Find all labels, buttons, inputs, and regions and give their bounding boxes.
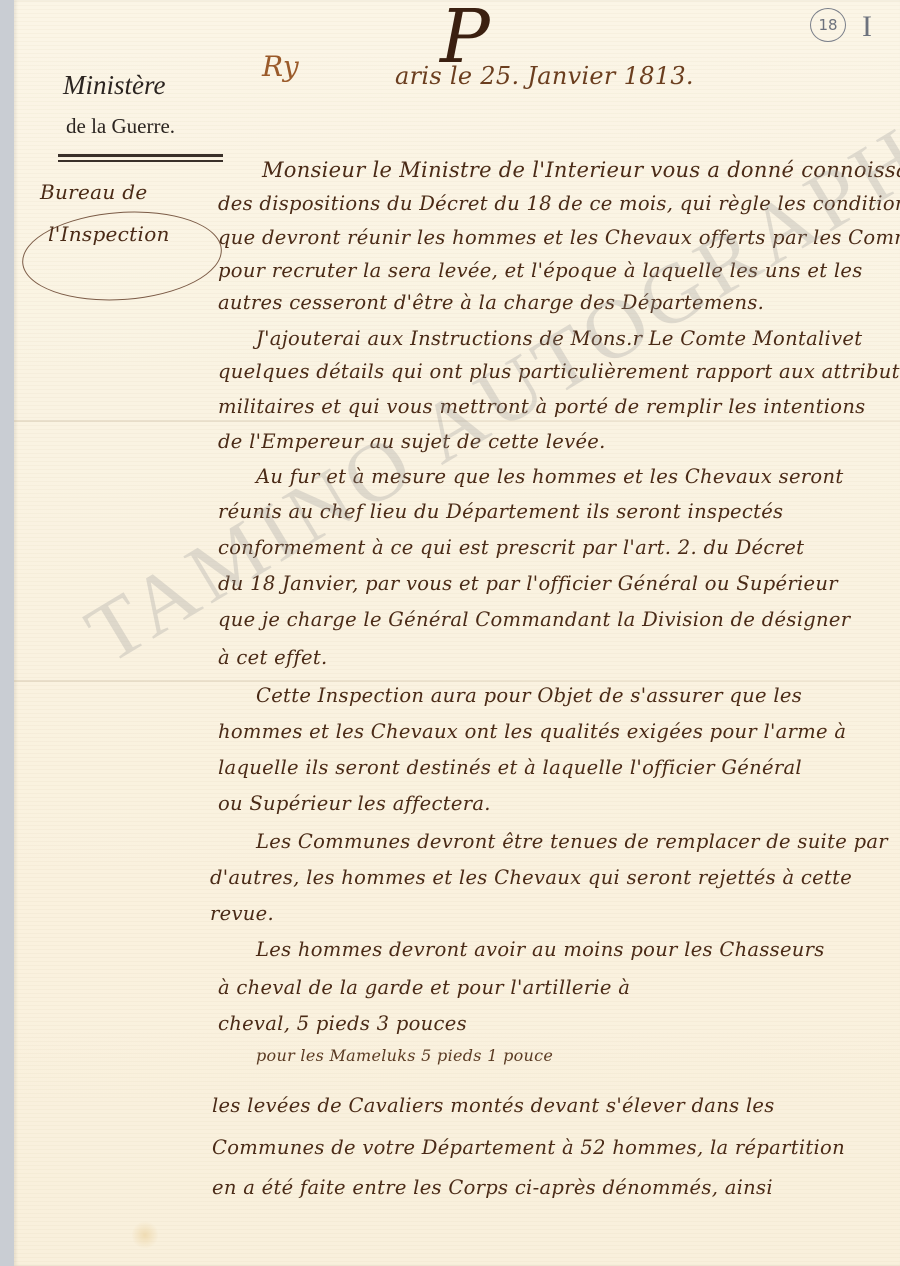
archive-circled-number: 18: [810, 8, 846, 42]
letterhead-ministry-line2: de la Guerre.: [66, 114, 175, 139]
body-line: réunis au chef lieu du Département ils s…: [218, 500, 783, 523]
body-line: quelques détails qui ont plus particuliè…: [218, 360, 900, 383]
body-line: en a été faite entre les Corps ci-après …: [212, 1176, 773, 1199]
body-line: Communes de votre Département à 52 homme…: [212, 1136, 845, 1159]
body-line: d'autres, les hommes et les Chevaux qui …: [210, 866, 852, 889]
body-line: Au fur et à mesure que les hommes et les…: [256, 465, 843, 488]
bureau-label-line1: Bureau de: [40, 180, 147, 204]
body-line: cheval, 5 pieds 3 pouces: [218, 1012, 467, 1035]
body-line: ou Supérieur les affectera.: [218, 792, 491, 815]
body-line: les levées de Cavaliers montés devant s'…: [212, 1094, 775, 1117]
paper-fold: [14, 680, 900, 682]
body-line: Monsieur le Ministre de l'Interieur vous…: [262, 158, 900, 182]
body-line: revue.: [210, 902, 274, 925]
body-line: des dispositions du Décret du 18 de ce m…: [218, 192, 900, 215]
body-line: à cet effet.: [218, 646, 327, 669]
body-line: que devront réunir les hommes et les Che…: [218, 226, 900, 249]
body-line: conformement à ce qui est prescrit par l…: [218, 536, 804, 559]
paper-stain: [132, 1220, 158, 1250]
body-line: de l'Empereur au sujet de cette levée.: [218, 430, 606, 453]
paper-fold: [14, 420, 900, 422]
body-line: J'ajouterai aux Instructions de Mons.r L…: [256, 327, 862, 350]
body-line-annotation: pour les Mameluks 5 pieds 1 pouce: [256, 1046, 553, 1065]
marginal-initials: Ry: [262, 50, 299, 83]
body-line: à cheval de la garde et pour l'artilleri…: [218, 976, 630, 999]
body-line: pour recruter la sera levée, et l'époque…: [218, 259, 863, 282]
body-line: que je charge le Général Commandant la D…: [218, 608, 850, 631]
body-line: Cette Inspection aura pour Objet de s'as…: [256, 684, 802, 707]
body-line: autres cesseront d'être à la charge des …: [218, 291, 764, 314]
body-line: Les Communes devront être tenues de remp…: [256, 830, 888, 853]
body-line: du 18 Janvier, par vous et par l'officie…: [218, 572, 838, 595]
body-line: laquelle ils seront destinés et à laquel…: [218, 756, 802, 779]
letterhead-ministry: Ministère: [63, 70, 165, 101]
body-line: Les hommes devront avoir au moins pour l…: [256, 938, 825, 961]
archive-roman-numeral: I: [862, 10, 872, 44]
letterhead-rule: [58, 160, 223, 162]
letterhead-rule: [58, 154, 223, 157]
body-line: militaires et qui vous mettront à porté …: [218, 395, 865, 418]
bureau-label-line2: l'Inspection: [48, 222, 170, 246]
body-line: hommes et les Chevaux ont les qualités e…: [218, 720, 846, 743]
dateline: aris le 25. Janvier 1813.: [395, 62, 694, 90]
